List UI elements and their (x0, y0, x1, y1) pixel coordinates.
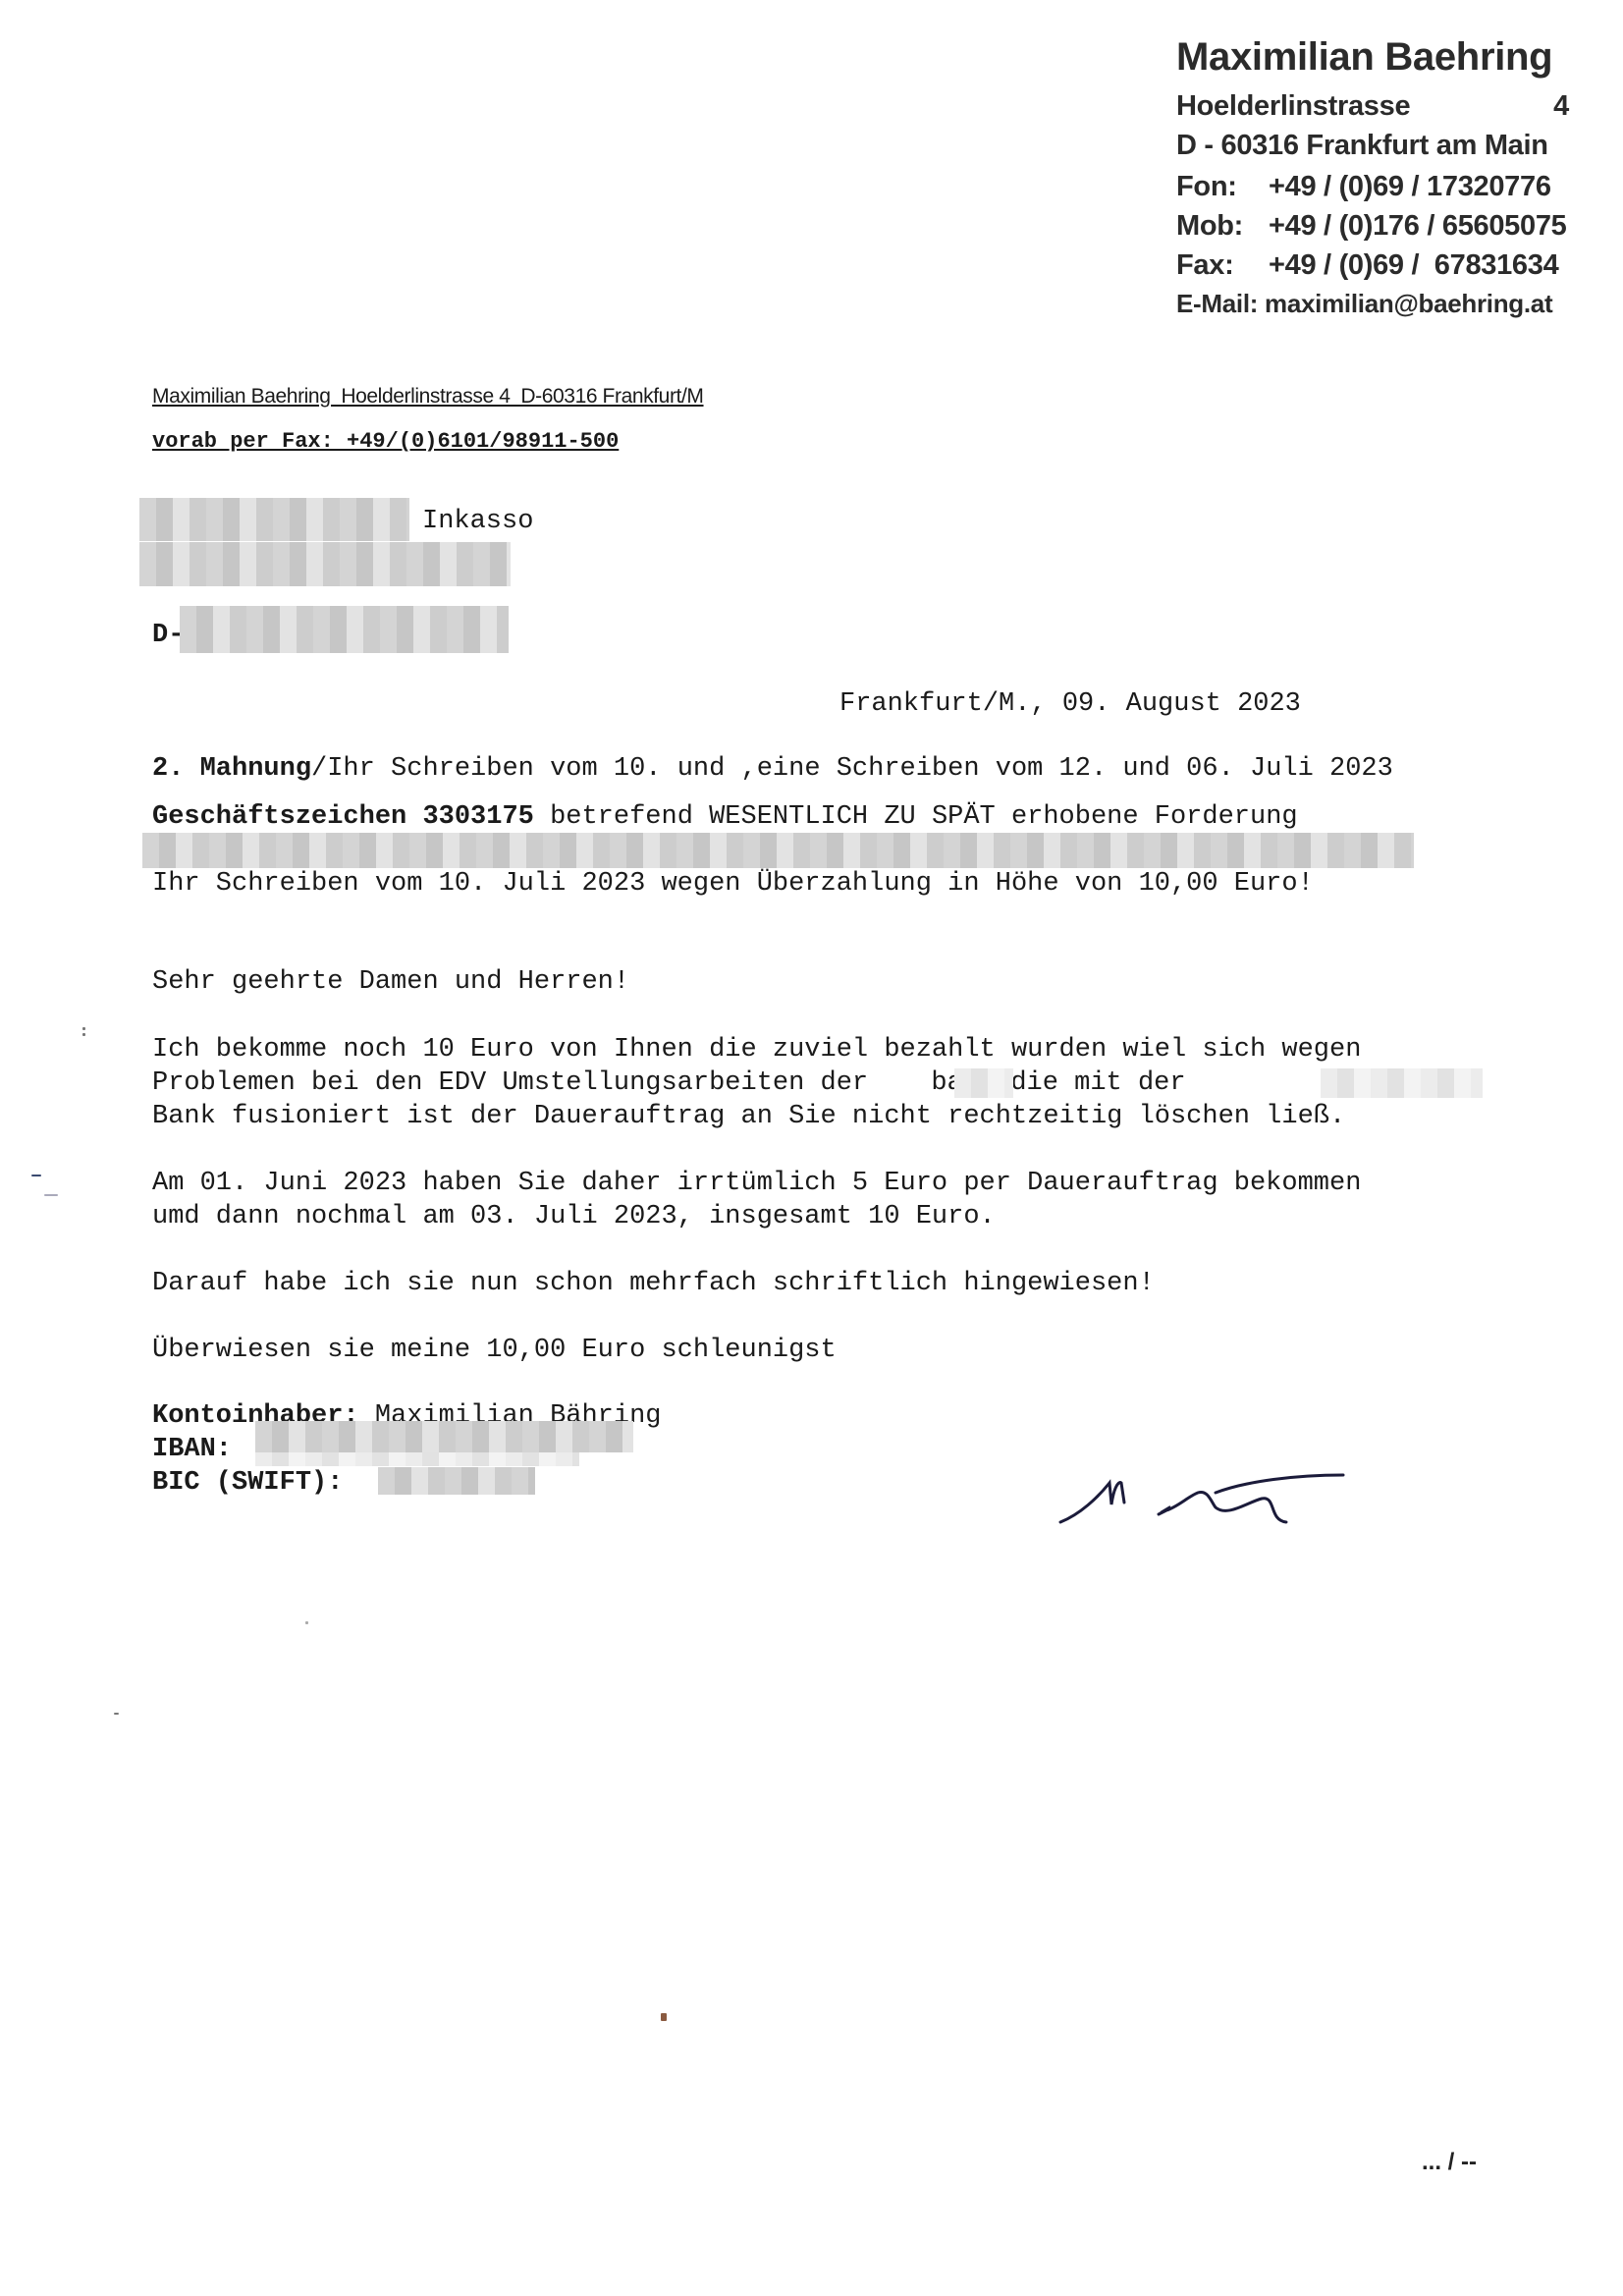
salutation: Sehr geehrte Damen und Herren! (152, 965, 629, 999)
paragraph-1-line-2: Problemen bei den EDV Umstellungsarbeite… (152, 1066, 1361, 1100)
letterhead-name: Maximilian Baehring (1176, 35, 1552, 80)
letterhead-phone: Fon: +49 / (0)69 / 17320776 (1176, 171, 1573, 203)
scan-speck (44, 1194, 58, 1196)
letterhead-city: D - 60316 Frankfurt am Main (1176, 130, 1569, 162)
paragraph-1-line-3: Bank fusioniert ist der Dauerauftrag an … (152, 1100, 1361, 1133)
bank-name-redacted-1 (954, 1068, 1013, 1098)
paragraph-2-line-1: Am 01. Juni 2023 haben Sie daher irrtüml… (152, 1167, 1361, 1200)
bank-name-redacted-2 (1321, 1068, 1483, 1098)
reference-number: Geschäftszeichen 3303175 (152, 802, 534, 832)
subject-line-1-text: /Ihr Schreiben vom 10. und ,eine Schreib… (311, 754, 1393, 784)
subject-line-2-text: betrefend WESENTLICH ZU SPÄT erhobene Fo… (534, 802, 1298, 832)
subject-number: 2. (152, 754, 200, 784)
subject-line-2: Geschäftszeichen 3303175 betrefend WESEN… (152, 800, 1298, 834)
paragraph-2-line-2: umd dann nochmal am 03. Juli 2023, insge… (152, 1200, 1361, 1233)
paragraph-1: Ich bekomme noch 10 Euro von Ihnen die z… (152, 1033, 1361, 1133)
page-continuation-mark: ... / -- (1422, 2149, 1477, 2176)
iban-redacted-2 (255, 1452, 579, 1466)
signature-icon (1051, 1463, 1355, 1542)
subject-redacted-line (142, 833, 1414, 868)
scan-speck (114, 1713, 119, 1715)
paragraph-2: Am 01. Juni 2023 haben Sie daher irrtüml… (152, 1167, 1361, 1233)
scan-speck (661, 2013, 667, 2021)
scan-speck (305, 1621, 308, 1624)
letterhead-fax: Fax: +49 / (0)69 / 67831634 (1176, 249, 1573, 282)
recipient-city-redacted (180, 606, 509, 653)
bic-redacted (378, 1467, 535, 1495)
paragraph-1-line-2-a: Problemen bei den EDV Umstellungsarbeite… (152, 1068, 884, 1098)
iban-redacted (255, 1421, 633, 1452)
subject-line-3: Ihr Schreiben vom 10. Juli 2023 wegen Üb… (152, 867, 1314, 901)
paragraph-4: Überwiesen sie meine 10,00 Euro schleuni… (152, 1334, 837, 1367)
sender-return-address: Maximilian Baehring Hoelderlinstrasse 4 … (152, 385, 704, 409)
subject-mahnung: Mahnung (200, 754, 311, 784)
mobile-number: +49 / (0)176 / 65605075 (1269, 210, 1567, 243)
letter-date: Frankfurt/M., 09. August 2023 (839, 687, 1301, 721)
scan-speck (82, 1027, 85, 1030)
fax-label: Fax: (1176, 249, 1269, 282)
scan-speck (31, 1175, 41, 1176)
letterhead-street-name: Hoelderlinstrasse (1176, 90, 1410, 123)
subject-line-1: 2. Mahnung/Ihr Schreiben vom 10. und ,ei… (152, 752, 1393, 786)
paragraph-3: Darauf habe ich sie nun schon mehrfach s… (152, 1267, 1155, 1300)
fax-number: +49 / (0)69 / 67831634 (1269, 249, 1558, 282)
fax-notice: vorab per Fax: +49/(0)6101/98911-500 (152, 429, 619, 454)
letterhead-mobile: Mob: +49 / (0)176 / 65605075 (1176, 210, 1573, 243)
paragraph-1-line-1: Ich bekomme noch 10 Euro von Ihnen die z… (152, 1033, 1361, 1066)
recipient-company-suffix: Inkasso (422, 505, 533, 538)
letterhead-street: Hoelderlinstrasse 4 (1176, 90, 1569, 123)
mobile-label: Mob: (1176, 210, 1269, 243)
letterhead-email: E-Mail: maximilian@baehring.at (1176, 289, 1569, 319)
recipient-name-redacted (139, 498, 409, 541)
recipient-street-redacted (139, 542, 511, 586)
letter-page: Maximilian Baehring Hoelderlinstrasse 4 … (0, 0, 1623, 2296)
scan-speck (82, 1033, 85, 1036)
phone-label: Fon: (1176, 171, 1269, 203)
letterhead-house-number: 4 (1553, 90, 1569, 123)
phone-number: +49 / (0)69 / 17320776 (1269, 171, 1551, 203)
